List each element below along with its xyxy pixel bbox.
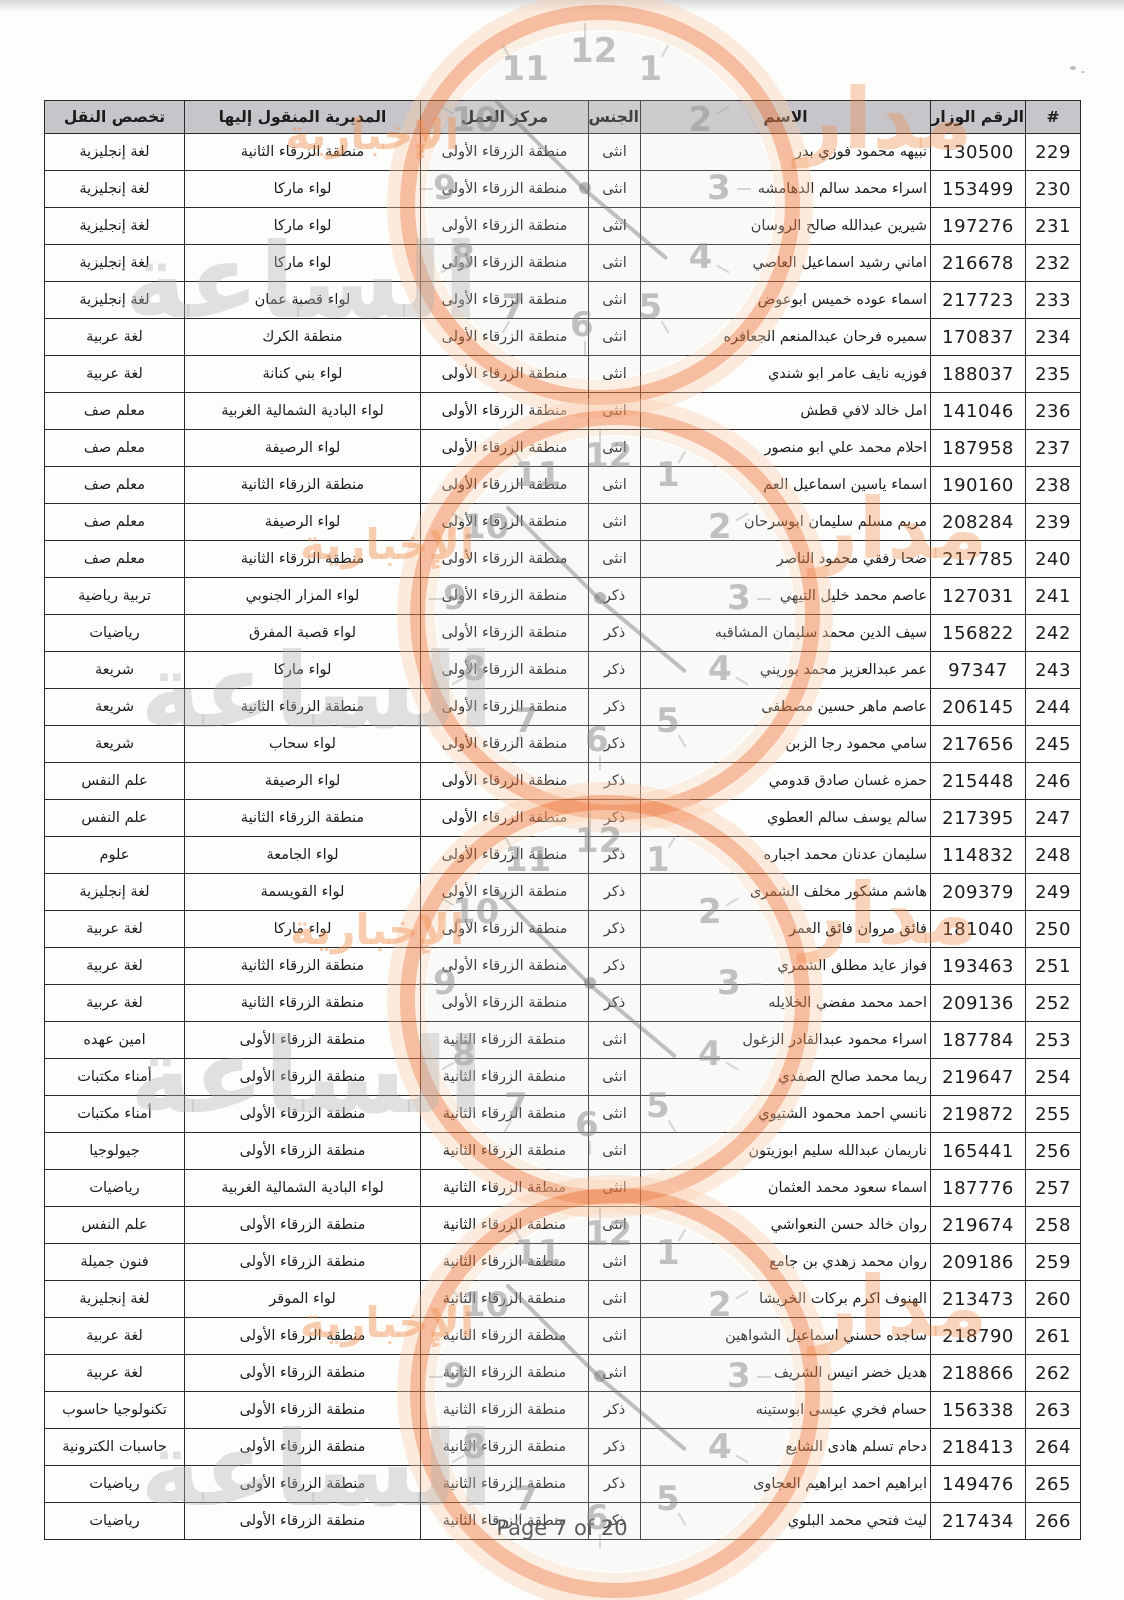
header-name: الاسم (641, 101, 931, 134)
cell-gender: انثى (589, 1133, 641, 1170)
cell-specialization: رياضيات (45, 615, 185, 652)
cell-gender: انثى (589, 1022, 641, 1059)
cell-ministry-number: 197276 (931, 208, 1026, 245)
cell-specialization: علم النفس (45, 1207, 185, 1244)
cell-directorate: منطقة الزرقاء الثانية (185, 134, 421, 171)
cell-specialization: لغة عربية (45, 319, 185, 356)
cell-gender: انثى (589, 1207, 641, 1244)
cell-gender: انثى (589, 1244, 641, 1281)
watermark-clock-number: 12 (570, 31, 617, 71)
cell-row-number: 252 (1026, 985, 1081, 1022)
cell-gender: انثى (589, 282, 641, 319)
cell-specialization: علوم (45, 837, 185, 874)
cell-gender: ذكر (589, 652, 641, 689)
header-directorate: المديرية المنقول إليها (185, 101, 421, 134)
cell-gender: ذكر (589, 948, 641, 985)
cell-row-number: 243 (1026, 652, 1081, 689)
cell-name: ضحا رفقي محمود الناصر (641, 541, 931, 578)
cell-directorate: منطقة الزرقاء الأولى (185, 1096, 421, 1133)
cell-row-number: 232 (1026, 245, 1081, 282)
cell-specialization: تربية رياضية (45, 578, 185, 615)
cell-row-number: 258 (1026, 1207, 1081, 1244)
cell-directorate: لواء الموقر (185, 1281, 421, 1318)
cell-row-number: 235 (1026, 356, 1081, 393)
cell-specialization: لغة عربية (45, 911, 185, 948)
cell-gender: انثى (589, 1355, 641, 1392)
cell-directorate: لواء الرصيفة (185, 763, 421, 800)
cell-ministry-number: 114832 (931, 837, 1026, 874)
watermark-clock-tick (501, 45, 510, 58)
cell-directorate: لواء البادية الشمالية الغربية (185, 1170, 421, 1207)
cell-work-center: منطقة الزرقاء الثانية (421, 1022, 589, 1059)
cell-row-number: 237 (1026, 430, 1081, 467)
table-row: 234170837سميره فرحان عبدالمنعم الجعافرها… (45, 319, 1081, 356)
cell-work-center: منطقة الزرقاء الأولى (421, 504, 589, 541)
table-row: 263156338حسام فخري عيسى ابوستينهذكرمنطقة… (45, 1392, 1081, 1429)
cell-row-number: 251 (1026, 948, 1081, 985)
cell-specialization: لغة إنجليزية (45, 245, 185, 282)
cell-name: سامي محمود رجا الزبن (641, 726, 931, 763)
cell-directorate: لواء بني كنانة (185, 356, 421, 393)
cell-name: عمر عبدالعزيز محمد بوريني (641, 652, 931, 689)
cell-directorate: لواء قصبة عمان (185, 282, 421, 319)
cell-name: اسراء محمد سالم الدهامشه (641, 171, 931, 208)
cell-directorate: لواء الرصيفة (185, 430, 421, 467)
cell-specialization: أمناء مكتبات (45, 1059, 185, 1096)
cell-specialization: علم النفس (45, 800, 185, 837)
cell-name: احلام محمد علي ابو منصور (641, 430, 931, 467)
table-row: 236141046امل خالد لافي قطشانثىمنطقة الزر… (45, 393, 1081, 430)
cell-specialization: تكنولوجيا حاسوب (45, 1392, 185, 1429)
cell-row-number: 239 (1026, 504, 1081, 541)
table-row: 257187776اسماء سعود محمد العثمانانثىمنطق… (45, 1170, 1081, 1207)
cell-name: سيف الدين محمد سليمان المشاقبه (641, 615, 931, 652)
cell-name: فوزيه نايف عامر ابو شندي (641, 356, 931, 393)
cell-work-center: منطقة الزرقاء الثانية (421, 1170, 589, 1207)
cell-specialization: معلم صف (45, 467, 185, 504)
table-row: 254219647ريما محمد صالح الصفديانثىمنطقة … (45, 1059, 1081, 1096)
cell-work-center: منطقة الزرقاء الثانية (421, 1355, 589, 1392)
cell-directorate: لواء ماركا (185, 911, 421, 948)
cell-work-center: منطقة الزرقاء الأولى (421, 578, 589, 615)
cell-ministry-number: 209136 (931, 985, 1026, 1022)
header-gender: الجنس (589, 101, 641, 134)
table-row: 231197276شيرين عبدالله صالح الروسانانثىم… (45, 208, 1081, 245)
header-ministry-number: الرقم الوزاري (931, 101, 1026, 134)
cell-directorate: لواء سحاب (185, 726, 421, 763)
cell-specialization: شريعة (45, 726, 185, 763)
table-row: 240217785ضحا رفقي محمود الناصرانثىمنطقة … (45, 541, 1081, 578)
cell-specialization: أمناء مكتبات (45, 1096, 185, 1133)
cell-specialization: لغة عربية (45, 1318, 185, 1355)
cell-row-number: 253 (1026, 1022, 1081, 1059)
table-row: 24397347عمر عبدالعزيز محمد بورينيذكرمنطق… (45, 652, 1081, 689)
cell-name: دحام تسلم هادى الشايع (641, 1429, 931, 1466)
cell-ministry-number: 187784 (931, 1022, 1026, 1059)
cell-ministry-number: 219872 (931, 1096, 1026, 1133)
table-row: 246215448حمزه غسان صادق قدوميذكرمنطقة ال… (45, 763, 1081, 800)
cell-work-center: منطقة الزرقاء الثانية (421, 1207, 589, 1244)
cell-name: هديل خضر انيس الشريف (641, 1355, 931, 1392)
cell-gender: انثى (589, 208, 641, 245)
cell-specialization: امين عهده (45, 1022, 185, 1059)
cell-specialization: لغة عربية (45, 948, 185, 985)
watermark-clock-number: 1 (639, 49, 663, 89)
cell-work-center: منطقة الزرقاء الثانية (421, 1392, 589, 1429)
cell-work-center: منطقة الزرقاء الثانية (421, 1281, 589, 1318)
table-header: # الرقم الوزاري الاسم الجنس مركز العمل ا… (45, 101, 1081, 134)
cell-work-center: منطقة الزرقاء الثانية (421, 1466, 589, 1503)
cell-name: حسام فخري عيسى ابوستينه (641, 1392, 931, 1429)
table-row: 239208284مريم مسلم سليمان ابوسرحانانثىمن… (45, 504, 1081, 541)
table-row: 252209136احمد محمد مفضي الخلايلهذكرمنطقة… (45, 985, 1081, 1022)
cell-specialization: رياضيات (45, 1466, 185, 1503)
cell-directorate: منطقة الزرقاء الثانية (185, 985, 421, 1022)
cell-ministry-number: 141046 (931, 393, 1026, 430)
cell-specialization: علم النفس (45, 763, 185, 800)
cell-work-center: منطقة الزرقاء الأولى (421, 282, 589, 319)
cell-work-center: منطقة الزرقاء الأولى (421, 356, 589, 393)
cell-name: اسماء ياسين اسماعيل العم (641, 467, 931, 504)
cell-directorate: لواء الجامعة (185, 837, 421, 874)
cell-gender: انثى (589, 245, 641, 282)
cell-row-number: 254 (1026, 1059, 1081, 1096)
cell-row-number: 256 (1026, 1133, 1081, 1170)
transfer-table-wrap: # الرقم الوزاري الاسم الجنس مركز العمل ا… (44, 100, 1080, 1540)
cell-row-number: 245 (1026, 726, 1081, 763)
cell-directorate: لواء المزار الجنوبي (185, 578, 421, 615)
cell-name: اماني رشيد اسماعيل العاصي (641, 245, 931, 282)
cell-specialization: لغة عربية (45, 356, 185, 393)
watermark-clock-number: 11 (502, 49, 549, 89)
cell-ministry-number: 218413 (931, 1429, 1026, 1466)
cell-name: روان خالد حسن النعواشي (641, 1207, 931, 1244)
cell-directorate: منطقة الزرقاء الثانية (185, 467, 421, 504)
scan-top-smudge (0, 0, 1124, 14)
cell-work-center: منطقة الزرقاء الثانية (421, 1059, 589, 1096)
cell-ministry-number: 127031 (931, 578, 1026, 615)
cell-row-number: 246 (1026, 763, 1081, 800)
cell-name: سميره فرحان عبدالمنعم الجعافره (641, 319, 931, 356)
table-row: 245217656سامي محمود رجا الزبنذكرمنطقة ال… (45, 726, 1081, 763)
cell-gender: ذكر (589, 874, 641, 911)
cell-name: احمد محمد مفضي الخلايله (641, 985, 931, 1022)
cell-ministry-number: 218790 (931, 1318, 1026, 1355)
cell-specialization: لغة عربية (45, 985, 185, 1022)
cell-name: اسماء عوده خميس ابوعوض (641, 282, 931, 319)
cell-work-center: منطقة الزرقاء الأولى (421, 208, 589, 245)
cell-gender: انثى (589, 1281, 641, 1318)
table-row: 251193463فواز عايد مطلق الشمريذكرمنطقة ا… (45, 948, 1081, 985)
cell-row-number: 264 (1026, 1429, 1081, 1466)
cell-ministry-number: 206145 (931, 689, 1026, 726)
cell-work-center: منطقة الزرقاء الأولى (421, 763, 589, 800)
cell-ministry-number: 149476 (931, 1466, 1026, 1503)
cell-ministry-number: 156338 (931, 1392, 1026, 1429)
cell-gender: انثى (589, 541, 641, 578)
cell-specialization: لغة إنجليزية (45, 208, 185, 245)
cell-directorate: لواء القويسمة (185, 874, 421, 911)
cell-ministry-number: 97347 (931, 652, 1026, 689)
cell-directorate: منطقة الكرك (185, 319, 421, 356)
cell-directorate: منطقة الزرقاء الأولى (185, 1059, 421, 1096)
cell-gender: انثى (589, 1059, 641, 1096)
cell-gender: ذكر (589, 911, 641, 948)
cell-work-center: منطقة الزرقاء الأولى (421, 319, 589, 356)
cell-gender: انثى (589, 356, 641, 393)
cell-name: الهنوف اكرم بركات الخريشا (641, 1281, 931, 1318)
cell-work-center: منطقة الزرقاء الأولى (421, 134, 589, 171)
cell-row-number: 234 (1026, 319, 1081, 356)
cell-name: ناريمان عبدالله سليم ابوزيتون (641, 1133, 931, 1170)
cell-directorate: منطقة الزرقاء الأولى (185, 1355, 421, 1392)
cell-specialization: معلم صف (45, 393, 185, 430)
cell-name: سليمان عدنان محمد اجباره (641, 837, 931, 874)
cell-work-center: منطقة الزرقاء الأولى (421, 393, 589, 430)
cell-gender: انثى (589, 171, 641, 208)
cell-row-number: 241 (1026, 578, 1081, 615)
table-row: 238190160اسماء ياسين اسماعيل العمانثىمنط… (45, 467, 1081, 504)
cell-name: اسراء محمود عبدالقادر الزغول (641, 1022, 931, 1059)
cell-name: هاشم مشكور مخلف الشمرى (641, 874, 931, 911)
table-row: 242156822سيف الدين محمد سليمان المشاقبهذ… (45, 615, 1081, 652)
cell-work-center: منطقة الزرقاء الأولى (421, 837, 589, 874)
cell-ministry-number: 193463 (931, 948, 1026, 985)
cell-work-center: منطقة الزرقاء الأولى (421, 430, 589, 467)
cell-row-number: 248 (1026, 837, 1081, 874)
cell-gender: ذكر (589, 1466, 641, 1503)
cell-work-center: منطقة الزرقاء الأولى (421, 948, 589, 985)
cell-row-number: 231 (1026, 208, 1081, 245)
table-row: 248114832سليمان عدنان محمد اجبارهذكرمنطق… (45, 837, 1081, 874)
cell-ministry-number: 213473 (931, 1281, 1026, 1318)
cell-row-number: 262 (1026, 1355, 1081, 1392)
table-row: 249209379هاشم مشكور مخلف الشمرىذكرمنطقة … (45, 874, 1081, 911)
cell-ministry-number: 215448 (931, 763, 1026, 800)
cell-work-center: منطقة الزرقاء الأولى (421, 615, 589, 652)
cell-work-center: منطقة الزرقاء الثانية (421, 1318, 589, 1355)
cell-directorate: منطقة الزرقاء الأولى (185, 1429, 421, 1466)
table-row: 233217723اسماء عوده خميس ابوعوضانثىمنطقة… (45, 282, 1081, 319)
cell-directorate: لواء ماركا (185, 171, 421, 208)
cell-gender: انثى (589, 1096, 641, 1133)
cell-specialization: شريعة (45, 689, 185, 726)
cell-ministry-number: 156822 (931, 615, 1026, 652)
scan-artifact (1070, 66, 1076, 70)
cell-directorate: منطقة الزرقاء الأولى (185, 1318, 421, 1355)
cell-row-number: 242 (1026, 615, 1081, 652)
cell-ministry-number: 187776 (931, 1170, 1026, 1207)
cell-name: شيرين عبدالله صالح الروسان (641, 208, 931, 245)
cell-directorate: منطقة الزرقاء الأولى (185, 1022, 421, 1059)
table-row: 260213473الهنوف اكرم بركات الخريشاانثىمن… (45, 1281, 1081, 1318)
cell-gender: انثى (589, 1318, 641, 1355)
cell-name: عاصم محمد خليل التيهي (641, 578, 931, 615)
cell-ministry-number: 153499 (931, 171, 1026, 208)
table-row: 265149476ابراهيم احمد ابراهيم العجاوىذكر… (45, 1466, 1081, 1503)
cell-row-number: 263 (1026, 1392, 1081, 1429)
cell-row-number: 250 (1026, 911, 1081, 948)
cell-gender: ذكر (589, 985, 641, 1022)
cell-row-number: 265 (1026, 1466, 1081, 1503)
table-row: 259209186روان محمد زهدي بن جامعانثىمنطقة… (45, 1244, 1081, 1281)
cell-row-number: 230 (1026, 171, 1081, 208)
cell-gender: انثى (589, 467, 641, 504)
cell-name: نبيهه محمود فوزي بدر (641, 134, 931, 171)
table-row: 261218790ساجده حسني اسماعيل الشواهينانثى… (45, 1318, 1081, 1355)
cell-directorate: منطقة الزرقاء الأولى (185, 1392, 421, 1429)
table-row: 229130500نبيهه محمود فوزي بدرانثىمنطقة ا… (45, 134, 1081, 171)
cell-ministry-number: 217395 (931, 800, 1026, 837)
cell-work-center: منطقة الزرقاء الثانية (421, 1133, 589, 1170)
table-row: 230153499اسراء محمد سالم الدهامشهانثىمنط… (45, 171, 1081, 208)
cell-directorate: منطقة الزرقاء الثانية (185, 689, 421, 726)
cell-ministry-number: 219674 (931, 1207, 1026, 1244)
cell-directorate: منطقة الزرقاء الأولى (185, 1133, 421, 1170)
cell-row-number: 233 (1026, 282, 1081, 319)
header-work-center: مركز العمل (421, 101, 589, 134)
cell-gender: ذكر (589, 837, 641, 874)
header-specialization: تخصص النقل (45, 101, 185, 134)
cell-gender: انثى (589, 134, 641, 171)
cell-specialization: معلم صف (45, 541, 185, 578)
cell-work-center: منطقة الزرقاء الثانية (421, 1096, 589, 1133)
cell-ministry-number: 208284 (931, 504, 1026, 541)
transfer-table: # الرقم الوزاري الاسم الجنس مركز العمل ا… (44, 100, 1081, 1540)
cell-specialization: جيولوجيا (45, 1133, 185, 1170)
cell-ministry-number: 181040 (931, 911, 1026, 948)
cell-work-center: منطقة الزرقاء الثانية (421, 1429, 589, 1466)
cell-specialization: لغة إنجليزية (45, 282, 185, 319)
cell-gender: انثى (589, 430, 641, 467)
cell-specialization: لغة عربية (45, 1355, 185, 1392)
cell-specialization: حاسبات الكترونية (45, 1429, 185, 1466)
cell-ministry-number: 170837 (931, 319, 1026, 356)
cell-name: نانسي احمد محمود الشتيوي (641, 1096, 931, 1133)
table-row: 247217395سالم يوسف سالم العطويذكرمنطقة ا… (45, 800, 1081, 837)
cell-work-center: منطقة الزرقاء الأولى (421, 726, 589, 763)
cell-ministry-number: 188037 (931, 356, 1026, 393)
cell-row-number: 261 (1026, 1318, 1081, 1355)
cell-directorate: لواء ماركا (185, 208, 421, 245)
cell-name: ساجده حسني اسماعيل الشواهين (641, 1318, 931, 1355)
cell-row-number: 236 (1026, 393, 1081, 430)
table-row: 256165441ناريمان عبدالله سليم ابوزيتونان… (45, 1133, 1081, 1170)
cell-directorate: منطقة الزرقاء الأولى (185, 1466, 421, 1503)
cell-name: مريم مسلم سليمان ابوسرحان (641, 504, 931, 541)
table-row: 262218866هديل خضر انيس الشريفانثىمنطقة ا… (45, 1355, 1081, 1392)
cell-work-center: منطقة الزرقاء الثانية (421, 1244, 589, 1281)
cell-gender: ذكر (589, 800, 641, 837)
cell-work-center: منطقة الزرقاء الأولى (421, 541, 589, 578)
watermark-clock-tick (660, 45, 669, 58)
cell-gender: ذكر (589, 1429, 641, 1466)
cell-gender: ذكر (589, 615, 641, 652)
cell-directorate: منطقة الزرقاء الثانية (185, 948, 421, 985)
cell-directorate: منطقة الزرقاء الأولى (185, 1207, 421, 1244)
cell-gender: انثى (589, 319, 641, 356)
cell-work-center: منطقة الزرقاء الأولى (421, 800, 589, 837)
cell-name: ابراهيم احمد ابراهيم العجاوى (641, 1466, 931, 1503)
cell-ministry-number: 217723 (931, 282, 1026, 319)
cell-name: اسماء سعود محمد العثمان (641, 1170, 931, 1207)
cell-specialization: لغة إنجليزية (45, 1281, 185, 1318)
cell-ministry-number: 165441 (931, 1133, 1026, 1170)
cell-directorate: لواء ماركا (185, 652, 421, 689)
table-row: 258219674روان خالد حسن النعواشيانثىمنطقة… (45, 1207, 1081, 1244)
cell-work-center: منطقة الزرقاء الأولى (421, 911, 589, 948)
cell-name: ريما محمد صالح الصفدي (641, 1059, 931, 1096)
cell-gender: انثى (589, 504, 641, 541)
cell-gender: ذكر (589, 578, 641, 615)
table-row: 232216678اماني رشيد اسماعيل العاصيانثىمن… (45, 245, 1081, 282)
cell-row-number: 238 (1026, 467, 1081, 504)
cell-specialization: معلم صف (45, 430, 185, 467)
cell-row-number: 240 (1026, 541, 1081, 578)
cell-name: فواز عايد مطلق الشمري (641, 948, 931, 985)
cell-ministry-number: 190160 (931, 467, 1026, 504)
cell-row-number: 229 (1026, 134, 1081, 171)
table-row: 250181040فائق مروان فائق العمرذكرمنطقة ا… (45, 911, 1081, 948)
table-row: 253187784اسراء محمود عبدالقادر الزغولانث… (45, 1022, 1081, 1059)
cell-name: روان محمد زهدي بن جامع (641, 1244, 931, 1281)
cell-ministry-number: 130500 (931, 134, 1026, 171)
cell-row-number: 247 (1026, 800, 1081, 837)
cell-ministry-number: 219647 (931, 1059, 1026, 1096)
table-row: 264218413دحام تسلم هادى الشايعذكرمنطقة ا… (45, 1429, 1081, 1466)
cell-directorate: لواء البادية الشمالية الغربية (185, 393, 421, 430)
cell-gender: ذكر (589, 689, 641, 726)
cell-ministry-number: 217656 (931, 726, 1026, 763)
cell-name: فائق مروان فائق العمر (641, 911, 931, 948)
cell-gender: ذكر (589, 1392, 641, 1429)
cell-name: امل خالد لافي قطش (641, 393, 931, 430)
cell-work-center: منطقة الزرقاء الأولى (421, 874, 589, 911)
table-body: 229130500نبيهه محمود فوزي بدرانثىمنطقة ا… (45, 134, 1081, 1540)
cell-directorate: منطقة الزرقاء الثانية (185, 541, 421, 578)
cell-work-center: منطقة الزرقاء الأولى (421, 689, 589, 726)
cell-ministry-number: 187958 (931, 430, 1026, 467)
table-row: 235188037فوزيه نايف عامر ابو شنديانثىمنط… (45, 356, 1081, 393)
cell-specialization: لغة إنجليزية (45, 874, 185, 911)
cell-row-number: 244 (1026, 689, 1081, 726)
cell-gender: انثى (589, 1170, 641, 1207)
cell-work-center: منطقة الزرقاء الأولى (421, 171, 589, 208)
cell-row-number: 257 (1026, 1170, 1081, 1207)
cell-specialization: فنون جميلة (45, 1244, 185, 1281)
cell-name: حمزه غسان صادق قدومي (641, 763, 931, 800)
cell-directorate: منطقة الزرقاء الأولى (185, 1244, 421, 1281)
cell-row-number: 255 (1026, 1096, 1081, 1133)
cell-gender: ذكر (589, 726, 641, 763)
cell-specialization: شريعة (45, 652, 185, 689)
cell-row-number: 260 (1026, 1281, 1081, 1318)
cell-gender: ذكر (589, 763, 641, 800)
cell-ministry-number: 209186 (931, 1244, 1026, 1281)
watermark-clock-tick (584, 23, 586, 37)
cell-specialization: لغة إنجليزية (45, 171, 185, 208)
cell-name: سالم يوسف سالم العطوي (641, 800, 931, 837)
header-row-number: # (1026, 101, 1081, 134)
cell-directorate: منطقة الزرقاء الثانية (185, 800, 421, 837)
cell-work-center: منطقة الزرقاء الأولى (421, 245, 589, 282)
table-row: 255219872نانسي احمد محمود الشتيويانثىمنط… (45, 1096, 1081, 1133)
table-row: 237187958احلام محمد علي ابو منصورانثىمنط… (45, 430, 1081, 467)
page-number-footer: Page 7 of 20 (0, 1516, 1124, 1540)
cell-ministry-number: 218866 (931, 1355, 1026, 1392)
cell-specialization: لغة إنجليزية (45, 134, 185, 171)
cell-directorate: لواء ماركا (185, 245, 421, 282)
